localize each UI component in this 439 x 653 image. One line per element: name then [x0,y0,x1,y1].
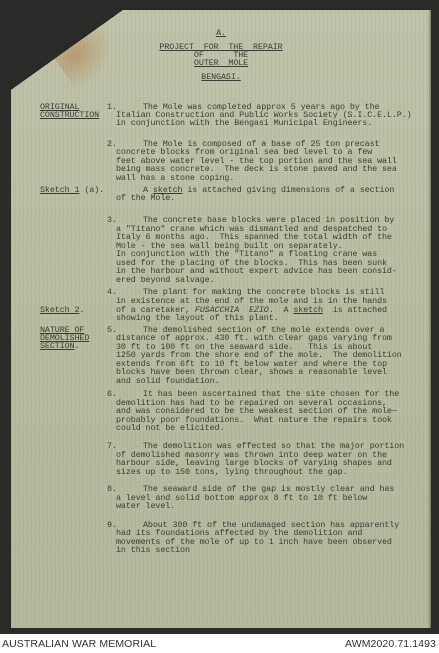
archive-caption-bar: AUSTRALIAN WAR MEMORIAL AWM2020.71.1493 [0,634,439,653]
document-subtitle: BENGASI. [11,73,431,82]
paragraph-2-line-7: of the Mole. [116,194,175,203]
margin-label-construction: CONSTRUCTION [40,111,99,120]
document-page: A. PROJECT FOR THE REPAIR OF THE OUTER M… [11,10,431,628]
paragraph-8-line-3: water level. [116,502,175,511]
paper-edge-shadow [428,10,431,628]
margin-label-sketch-2: Sketch 2. [40,306,84,315]
paragraph-4-line-4: showing the layout of this plant. [116,314,279,323]
archive-reference-id: AWM2020.71.1493 [345,638,436,650]
paragraph-3-line-8: ered beyond salvage. [116,276,215,285]
title-line-3: OUTER MOLE [11,59,431,68]
margin-label-section: SECTION. [40,342,79,351]
paragraph-6-line-5: could not be elicited. [116,424,224,433]
paragraph-9-line-4: in this section [116,546,190,555]
paragraph-2-line-6: A sketch is attached giving dimensions o… [143,186,394,195]
paragraph-5-line-7: and solid foundation. [116,377,219,386]
paragraph-1-line-3: in conjunction with the Bengasi Municipa… [116,119,372,128]
page-marker: A. [11,29,431,38]
paragraph-7-line-4: sizes up to 150 tons, lying throughout t… [116,468,348,477]
paragraph-2-line-5: wall has a stone coping. [116,174,234,183]
margin-label-sketch-1a: Sketch 1 (a). [40,186,104,195]
archive-name: AUSTRALIAN WAR MEMORIAL [2,638,156,650]
